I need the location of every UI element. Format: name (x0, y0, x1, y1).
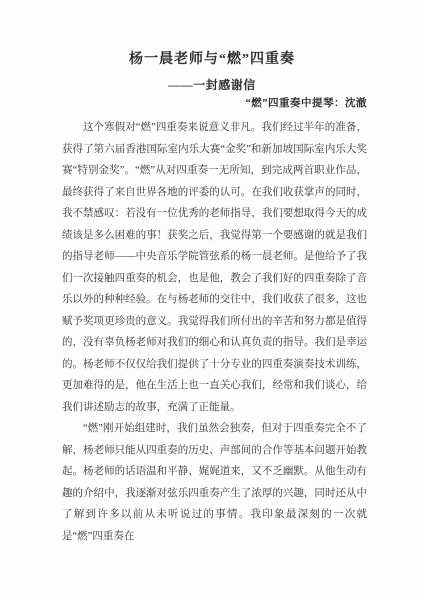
paragraph-1: 这个寒假对“燃”四重奏来说意义非凡。我们经过半年的准备，获得了第六届香港国际室内… (62, 117, 367, 418)
document-page: 杨一晨老师与“燃”四重奏 ——一封感谢信 “燃”四重奏中提琴：沈澈 这个寒假对“… (0, 0, 424, 600)
paragraph-2: “燃”刚开始组建时，我们虽然会独奏，但对于四重奏完全不了解，杨老师只能从四重奏的… (62, 418, 367, 547)
document-title: 杨一晨老师与“燃”四重奏 (0, 52, 424, 68)
document-subtitle: ——一封感谢信 (0, 78, 424, 92)
document-body: 这个寒假对“燃”四重奏来说意义非凡。我们经过半年的准备，获得了第六届香港国际室内… (62, 117, 367, 547)
document-byline: “燃”四重奏中提琴：沈澈 (0, 97, 424, 111)
